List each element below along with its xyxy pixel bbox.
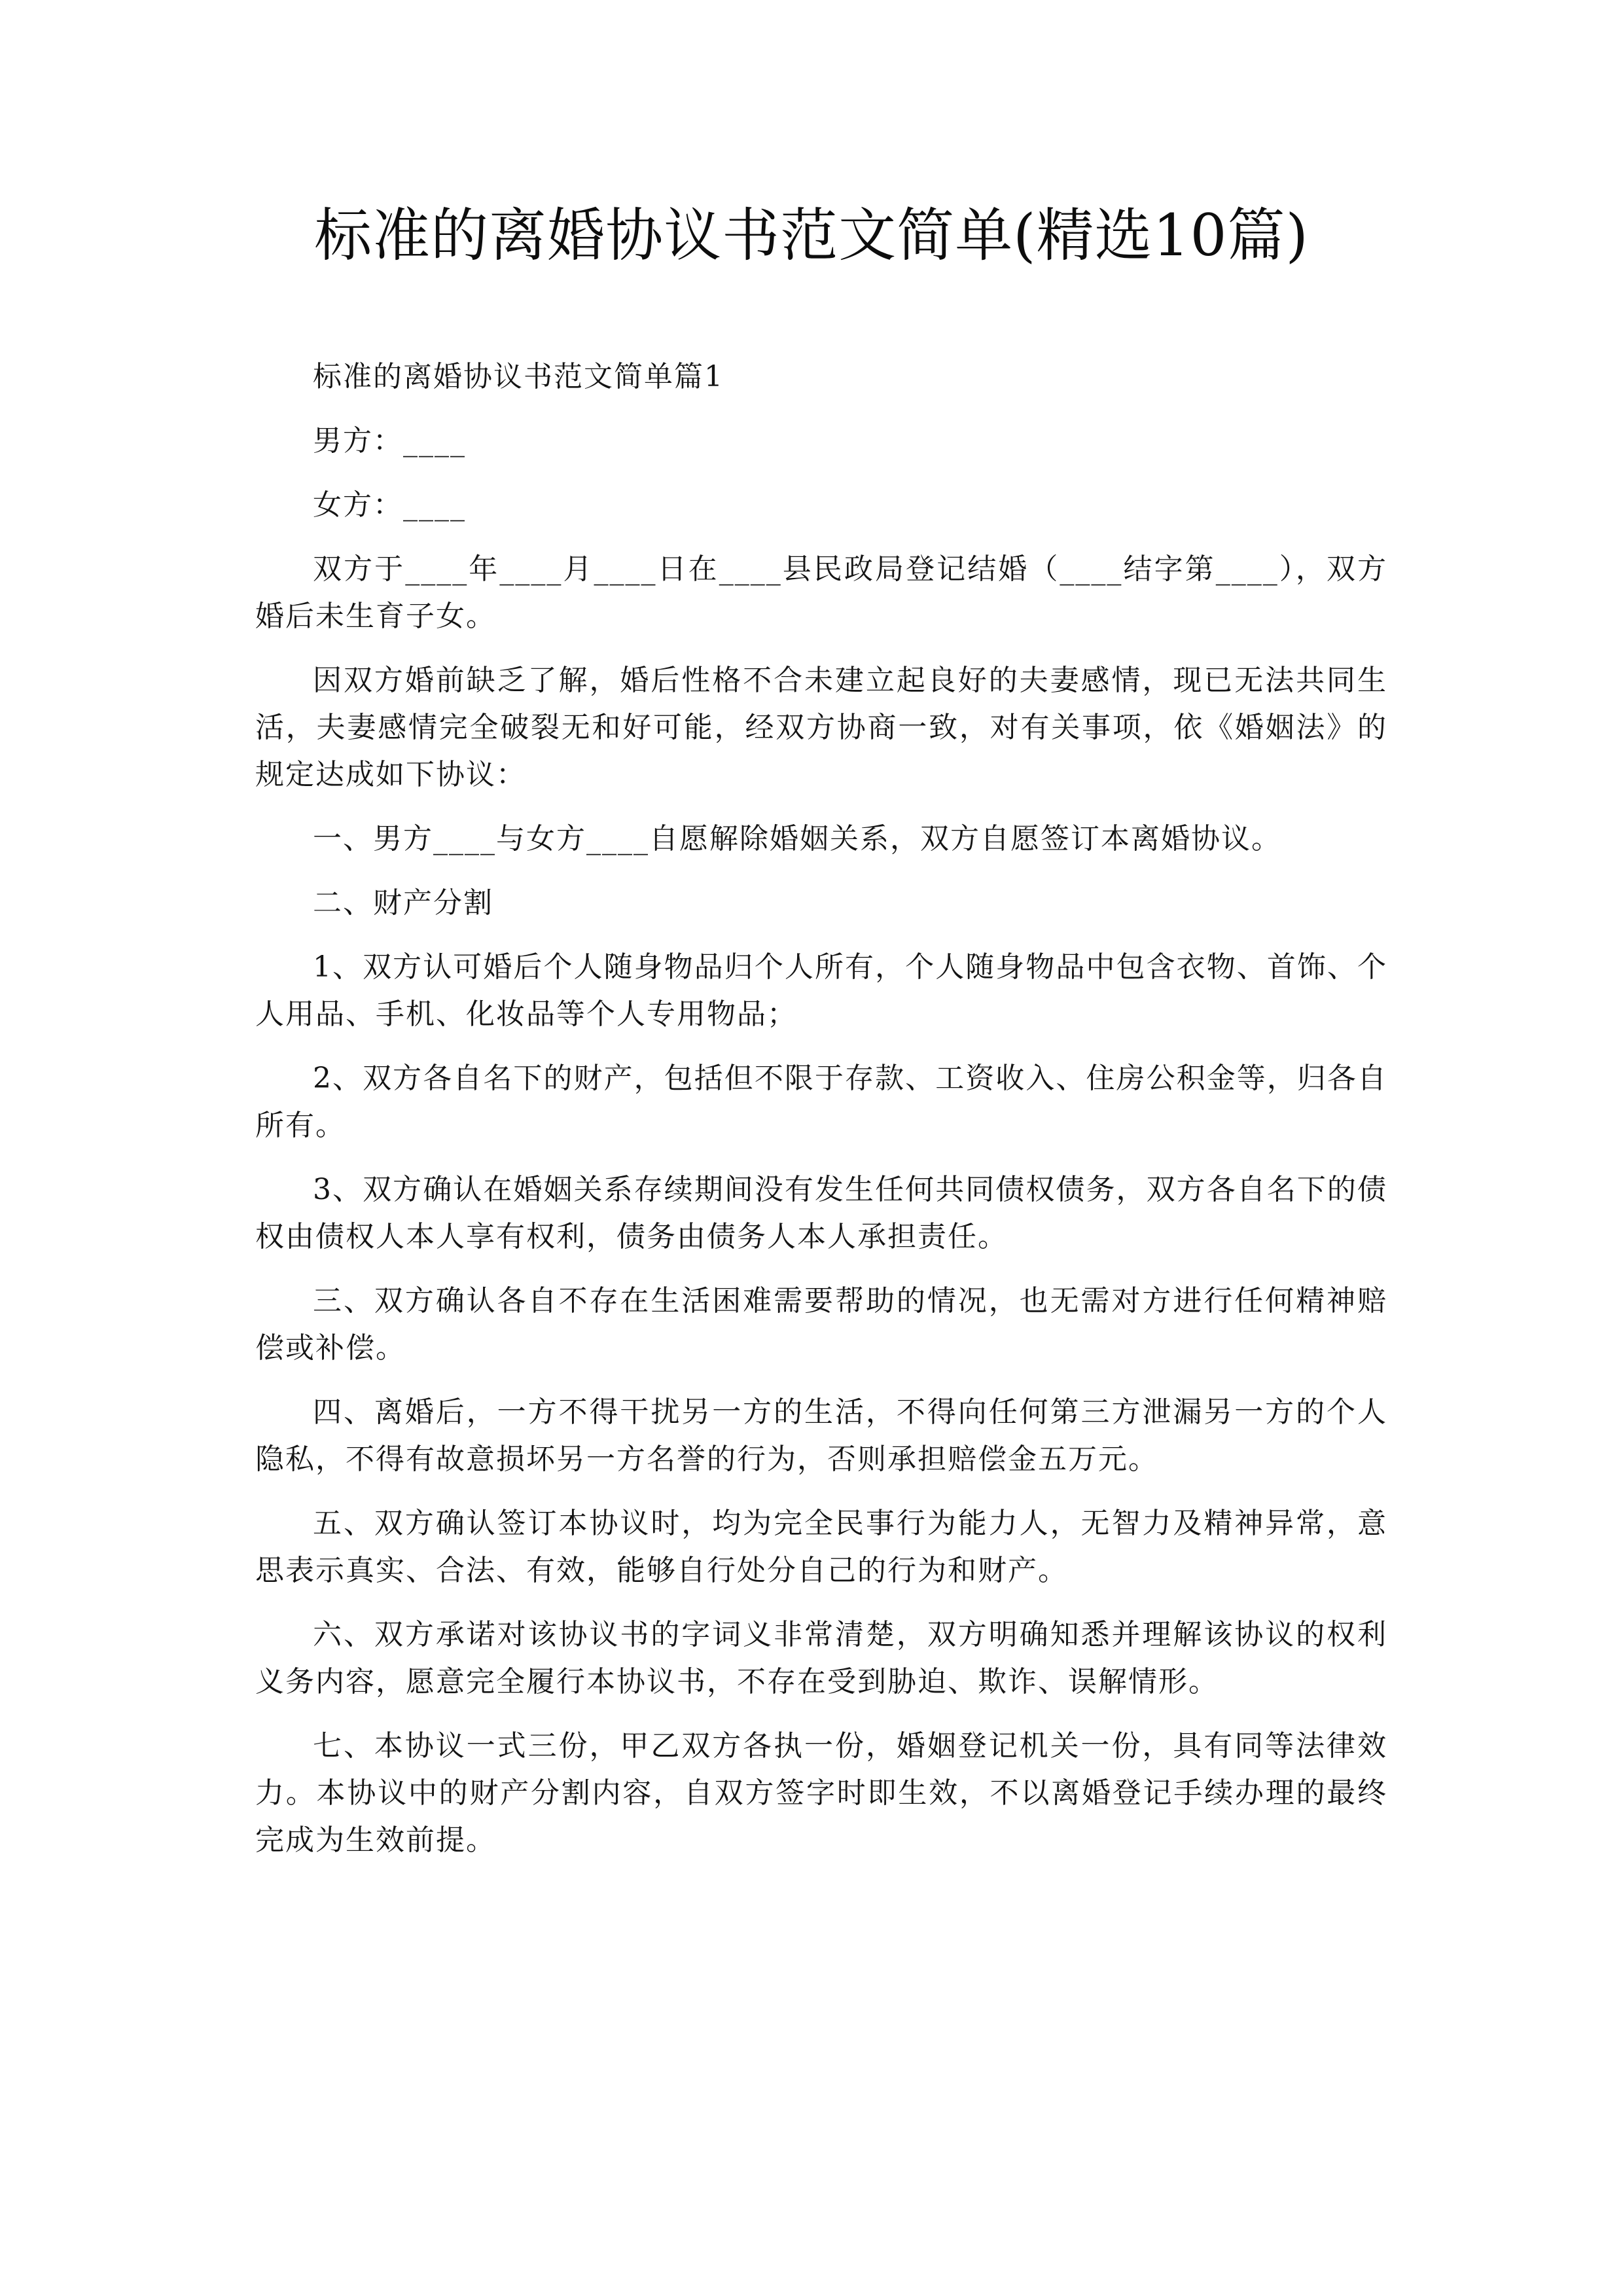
- document-body: 标准的离婚协议书范文简单篇1 男方：____ 女方：____ 双方于____年_…: [255, 353, 1387, 1881]
- section-heading: 标准的离婚协议书范文简单篇1: [255, 353, 1387, 401]
- clause-2-property-heading: 二、财产分割: [255, 880, 1387, 927]
- clause-1-divorce: 一、男方____与女方____自愿解除婚姻关系，双方自愿签订本离婚协议。: [255, 816, 1387, 863]
- clause-5-capacity: 五、双方确认签订本协议时，均为完全民事行为能力人，无智力及精神异常，意思表示真实…: [255, 1500, 1387, 1594]
- document-title: 标准的离婚协议书范文简单(精选10篇): [0, 196, 1623, 275]
- clause-2-item-1: 1、双方认可婚后个人随身物品归个人所有，个人随身物品中包含衣物、首饰、个人用品、…: [255, 944, 1387, 1038]
- clause-4-privacy: 四、离婚后，一方不得干扰另一方的生活，不得向任何第三方泄漏另一方的个人隐私，不得…: [255, 1389, 1387, 1483]
- paragraph-marriage-registration: 双方于____年____月____日在____县民政局登记结婚（____结字第_…: [255, 546, 1387, 640]
- paragraph-male-party: 男方：____: [255, 418, 1387, 465]
- clause-7-copies: 七、本协议一式三份，甲乙双方各执一份，婚姻登记机关一份，具有同等法律效力。本协议…: [255, 1723, 1387, 1864]
- paragraph-female-party: 女方：____: [255, 482, 1387, 529]
- document-page: 标准的离婚协议书范文简单(精选10篇) 标准的离婚协议书范文简单篇1 男方：__…: [0, 0, 1623, 2296]
- clause-3-no-compensation: 三、双方确认各自不存在生活困难需要帮助的情况，也无需对方进行任何精神赔偿或补偿。: [255, 1278, 1387, 1372]
- clause-6-understanding: 六、双方承诺对该协议书的字词义非常清楚，双方明确知悉并理解该协议的权利义务内容，…: [255, 1611, 1387, 1706]
- clause-2-item-2: 2、双方各自名下的财产，包括但不限于存款、工资收入、住房公积金等，归各自所有。: [255, 1055, 1387, 1149]
- clause-2-item-3: 3、双方确认在婚姻关系存续期间没有发生任何共同债权债务，双方各自名下的债权由债权…: [255, 1166, 1387, 1261]
- paragraph-reason: 因双方婚前缺乏了解，婚后性格不合未建立起良好的夫妻感情，现已无法共同生活，夫妻感…: [255, 657, 1387, 798]
